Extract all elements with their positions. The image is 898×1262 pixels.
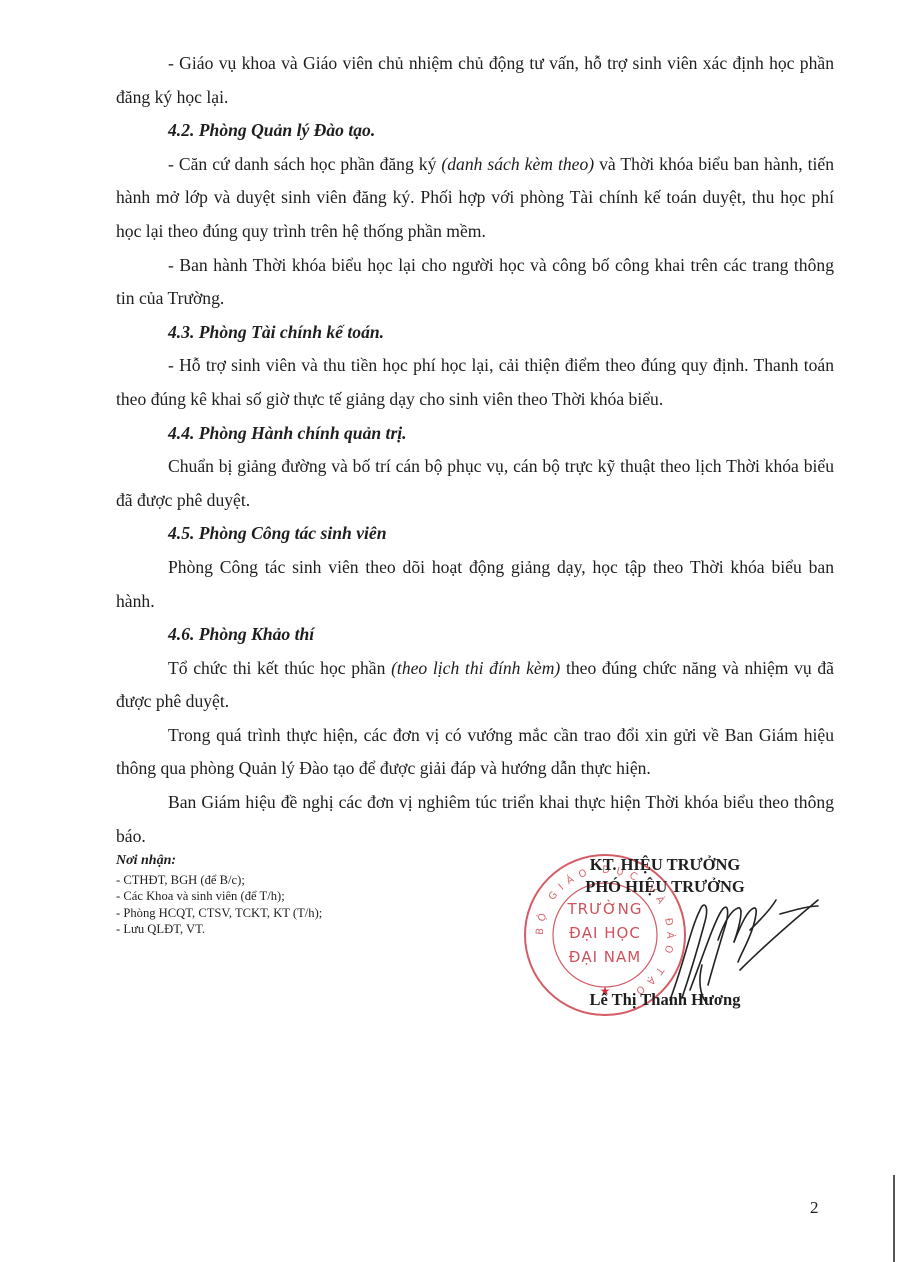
recipients-block: Nơi nhận: - CTHĐT, BGH (để B/c); - Các K… [116, 853, 322, 938]
document-body: - Giáo vụ khoa và Giáo viên chủ nhiệm ch… [116, 47, 834, 853]
paragraph: - Hỗ trợ sinh viên và thu tiền học phí h… [116, 349, 834, 416]
section-heading-4-4: 4.4. Phòng Hành chính quản trị. [116, 417, 834, 451]
paragraph: Chuẩn bị giảng đường và bố trí cán bộ ph… [116, 450, 834, 517]
paragraph: - Căn cứ danh sách học phần đăng ký (dan… [116, 148, 834, 249]
recipient-item: - Lưu QLĐT, VT. [116, 921, 322, 938]
handwritten-signature-icon [630, 870, 820, 1010]
paragraph: - Ban hành Thời khóa biểu học lại cho ng… [116, 249, 834, 316]
text: Tổ chức thi kết thúc học phần [168, 658, 391, 678]
section-heading-4-5: 4.5. Phòng Công tác sinh viên [116, 517, 834, 551]
section-heading-4-3: 4.3. Phòng Tài chính kế toán. [116, 316, 834, 350]
text: - Căn cứ danh sách học phần đăng ký [168, 154, 441, 174]
paragraph: Ban Giám hiệu đề nghị các đơn vị nghiêm … [116, 786, 834, 853]
italic-note: (theo lịch thi đính kèm) [391, 658, 560, 678]
page-edge [893, 1175, 895, 1262]
recipient-item: - CTHĐT, BGH (để B/c); [116, 872, 322, 889]
signature-block: BỘ GIÁO DỤC VÀ ĐÀO TẠO TRƯỜNG ĐẠI HỌC ĐẠ… [520, 850, 820, 1020]
recipient-item: - Phòng HCQT, CTSV, TCKT, KT (T/h); [116, 905, 322, 922]
section-heading-4-6: 4.6. Phòng Khảo thí [116, 618, 834, 652]
page-number: 2 [810, 1198, 819, 1218]
section-heading-4-2: 4.2. Phòng Quản lý Đào tạo. [116, 114, 834, 148]
paragraph: Trong quá trình thực hiện, các đơn vị có… [116, 719, 834, 786]
paragraph: - Giáo vụ khoa và Giáo viên chủ nhiệm ch… [116, 47, 834, 114]
paragraph: Tổ chức thi kết thúc học phần (theo lịch… [116, 652, 834, 719]
italic-note: (danh sách kèm theo) [441, 154, 594, 174]
recipients-title: Nơi nhận: [116, 853, 322, 870]
paragraph: Phòng Công tác sinh viên theo dõi hoạt đ… [116, 551, 834, 618]
recipient-item: - Các Khoa và sinh viên (để T/h); [116, 888, 322, 905]
signatory-name: Lê Thị Thanh Hương [560, 990, 770, 1010]
